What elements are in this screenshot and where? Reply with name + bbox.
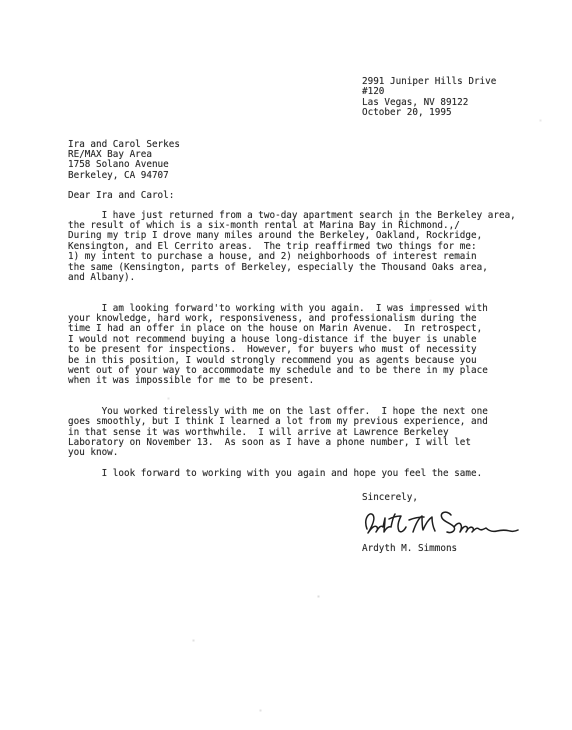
body-paragraph-2: I am looking forward'to working with you…: [68, 304, 572, 387]
sender-address-block: 2991 Juniper Hills Drive #120 Las Vegas,…: [362, 77, 572, 119]
body-paragraph-4: I look forward to working with you again…: [68, 469, 572, 479]
closing: Sincerely,: [362, 493, 572, 503]
body-paragraph-1: I have just returned from a two-day apar…: [68, 211, 572, 284]
handwritten-signature-image: [358, 509, 520, 539]
scan-noise: [0, 0, 1, 1]
recipient-address-block: Ira and Carol Serkes RE/MAX Bay Area 175…: [68, 140, 572, 182]
typed-signature-name: Ardyth M. Simmons: [362, 544, 572, 554]
salutation: Dear Ira and Carol:: [68, 191, 572, 201]
body-paragraph-3: You worked tirelessly with me on the las…: [68, 407, 572, 459]
letter-page: 2991 Juniper Hills Drive #120 Las Vegas,…: [0, 0, 572, 730]
